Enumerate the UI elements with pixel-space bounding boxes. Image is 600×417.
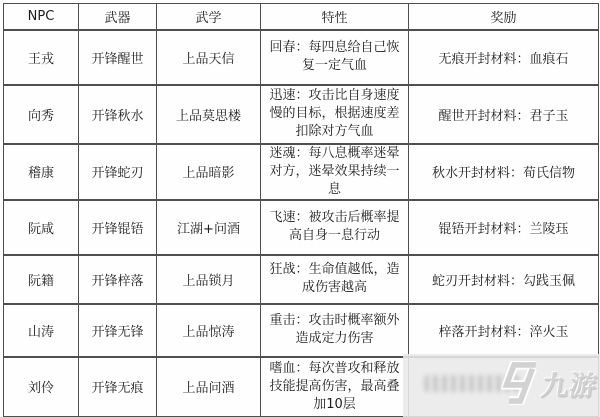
cell-trait: 迅速：攻击比自身速度 慢的目标，根据速度差 扣除对方气血 — [261, 85, 409, 144]
cell-skill: 江湖+问酒 — [157, 200, 261, 255]
cell-npc: 王戎 — [4, 30, 79, 85]
column-header-trait: 特性 — [261, 4, 409, 30]
column-header-reward: 奖励 — [409, 4, 599, 30]
table-row: 山涛 开锋无锋 上品惊涛 重击：攻击时概率额外 造成定力伤害 梓落开封材料：淬火… — [4, 304, 599, 357]
cell-reward: 蛇刃开封材料：勾践玉佩 — [409, 255, 599, 304]
cell-skill: 上品锁月 — [157, 255, 261, 304]
table-row: 向秀 开锋秋水 上品莫思楼 迅速：攻击比自身速度 慢的目标，根据速度差 扣除对方… — [4, 85, 599, 144]
cell-npc: 刘伶 — [4, 357, 79, 417]
cell-weapon: 开锋醒世 — [79, 30, 157, 85]
cell-trait: 飞速：被攻击后概率提 高自身一息行动 — [261, 200, 409, 255]
cell-weapon: 开锋锟铻 — [79, 200, 157, 255]
cell-weapon: 开锋梓落 — [79, 255, 157, 304]
cell-trait: 嗜血：每次普攻和释放 技能提高伤害，最高叠 加10层 — [261, 357, 409, 417]
cell-reward: 醒世开封材料：君子玉 — [409, 85, 599, 144]
table-header-row: NPC 武器 武学 特性 奖励 — [4, 4, 599, 30]
cell-npc: 阮籍 — [4, 255, 79, 304]
cell-reward: 无痕开封材料：血痕石 — [409, 30, 599, 85]
cell-reward: 秋水开封材料：荀氏信物 — [409, 144, 599, 200]
cell-skill: 上品惊涛 — [157, 304, 261, 357]
cell-weapon: 开锋无痕 — [79, 357, 157, 417]
table-row: 稽康 开锋蛇刃 上品暗影 迷魂：每八息概率迷晕 对方，迷晕效果持续一 息 秋水开… — [4, 144, 599, 200]
table-row: 阮籍 开锋梓落 上品锁月 狂战：生命值越低，造 成伤害越高 蛇刃开封材料：勾践玉… — [4, 255, 599, 304]
cell-npc: 阮咸 — [4, 200, 79, 255]
watermark-logo: 九游 — [499, 361, 600, 405]
cell-trait: 迷魂：每八息概率迷晕 对方，迷晕效果持续一 息 — [261, 144, 409, 200]
cell-npc: 向秀 — [4, 85, 79, 144]
column-header-skill: 武学 — [157, 4, 261, 30]
table-row: 王戎 开锋醒世 上品天信 回春：每四息给自己恢 复一定气血 无痕开封材料：血痕石 — [4, 30, 599, 85]
column-header-npc: NPC — [4, 4, 79, 30]
cell-trait: 回春：每四息给自己恢 复一定气血 — [261, 30, 409, 85]
cell-skill: 上品莫思楼 — [157, 85, 261, 144]
column-header-weapon: 武器 — [79, 4, 157, 30]
table-row: 阮咸 开锋锟铻 江湖+问酒 飞速：被攻击后概率提 高自身一息行动 锟铻开封材料：… — [4, 200, 599, 255]
cell-reward: 梓落开封材料：淬火玉 — [409, 304, 599, 357]
cell-weapon: 开锋无锋 — [79, 304, 157, 357]
cell-npc: 山涛 — [4, 304, 79, 357]
cell-trait: 重击：攻击时概率额外 造成定力伤害 — [261, 304, 409, 357]
guide-table-page: NPC 武器 武学 特性 奖励 王戎 开锋醒世 上品天信 回春：每四息给自己恢 … — [0, 0, 600, 417]
cell-weapon: 开锋秋水 — [79, 85, 157, 144]
brand-text: 九游 — [539, 364, 600, 403]
cell-skill: 上品暗影 — [157, 144, 261, 200]
watermark: 九游 — [403, 354, 600, 417]
cell-reward: 锟铻开封材料：兰陵珏 — [409, 200, 599, 255]
cell-skill: 上品问酒 — [157, 357, 261, 417]
cell-trait: 狂战：生命值越低，造 成伤害越高 — [261, 255, 409, 304]
ninegame-logo-icon — [499, 361, 543, 405]
cell-npc: 稽康 — [4, 144, 79, 200]
cell-skill: 上品天信 — [157, 30, 261, 85]
cell-weapon: 开锋蛇刃 — [79, 144, 157, 200]
